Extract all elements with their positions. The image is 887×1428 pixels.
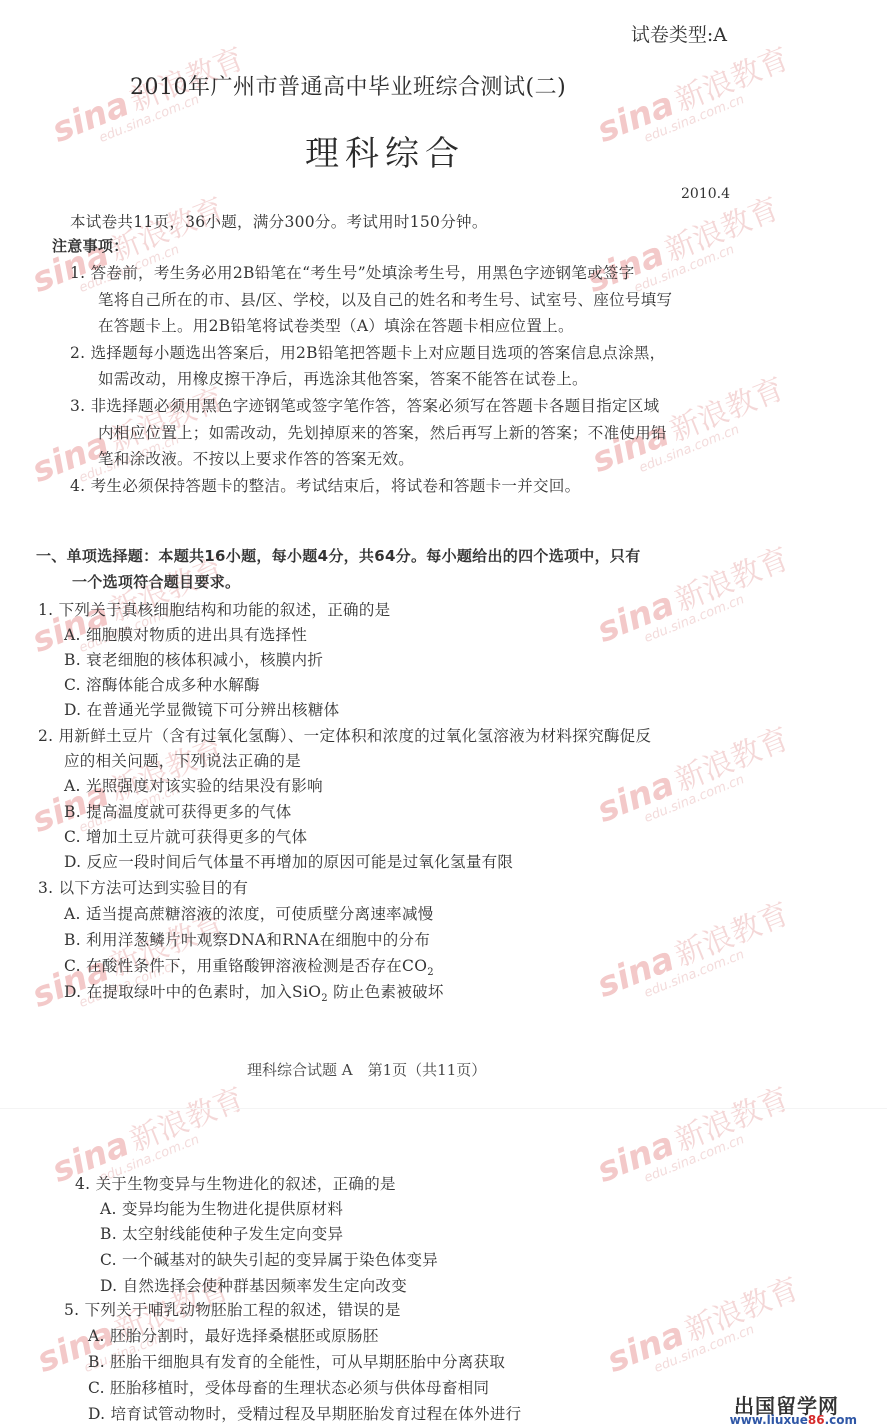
question-stem-cont: 应的相关问题，下列说法正确的是 (64, 749, 301, 771)
question-option: B. 提高温度就可获得更多的气体 (64, 800, 292, 822)
question-option: D. 在普通光学显微镜下可分辨出核糖体 (64, 698, 339, 720)
question-option: B. 太空射线能使种子发生定向变异 (100, 1222, 343, 1244)
question-stem: 2. 用新鲜土豆片（含有过氧化氢酶）、一定体积和浓度的过氧化氢溶液为材料探究酶促… (38, 724, 651, 746)
question-option: D. 在提取绿叶中的色素时，加入SiO2 防止色素被破坏 (64, 980, 444, 1004)
site-logo-url[interactable]: www.liuxue86.com (730, 1413, 857, 1427)
note-line: 2. 选择题每小题选出答案后，用2B铅笔把答题卡上对应题目选项的答案信息点涂黑， (70, 341, 665, 363)
question-option: A. 胚胎分割时，最好选择桑椹胚或原肠胚 (88, 1324, 379, 1346)
watermark: sina新浪教育edu.sina.com.cn (590, 889, 799, 1016)
question-stem: 5. 下列关于哺乳动物胚胎工程的叙述，错误的是 (64, 1298, 401, 1320)
page-footer: 理科综合试题 A 第1页（共11页） (247, 1059, 486, 1080)
subject-title: 理科综合 (305, 126, 465, 175)
watermark: sina新浪教育edu.sina.com.cn (600, 1264, 809, 1391)
note-line: 在答题卡上。用2B铅笔将试卷类型（A）填涂在答题卡相应位置上。 (98, 314, 574, 336)
note-line: 3. 非选择题必须用黑色字迹钢笔或签字笔作答，答案必须写在答题卡各题目指定区域 (70, 394, 659, 416)
question-stem: 1. 下列关于真核细胞结构和功能的叙述，正确的是 (38, 598, 390, 620)
note-line: 如需改动，用橡皮擦干净后，再选涂其他答案，答案不能答在试卷上。 (98, 367, 588, 389)
note-line: 1. 答卷前，考生务必用2B铅笔在“考生号”处填涂考生号，用黑色字迹钢笔或签字 (70, 261, 635, 283)
question-option: C. 一个碱基对的缺失引起的变异属于染色体变异 (100, 1248, 438, 1270)
question-stem: 4. 关于生物变异与生物进化的叙述，正确的是 (75, 1172, 396, 1194)
section-heading: 一、单项选择题：本题共16小题，每小题4分，共64分。每小题给出的四个选项中，只… (36, 545, 641, 566)
watermark: sina新浪教育edu.sina.com.cn (590, 34, 799, 161)
watermark: sina新浪教育edu.sina.com.cn (590, 1074, 799, 1201)
question-option: B. 利用洋葱鳞片叶观察DNA和RNA在细胞中的分布 (64, 928, 430, 950)
question-option: A. 变异均能为生物进化提供原材料 (100, 1197, 343, 1219)
question-option: B. 衰老细胞的核体积减小，核膜内折 (64, 648, 323, 670)
note-line: 内相应位置上；如需改动，先划掉原来的答案，然后再写上新的答案；不准使用铅 (98, 421, 667, 443)
question-option: D. 自然选择会使种群基因频率发生定向改变 (100, 1274, 407, 1296)
question-option: B. 胚胎干细胞具有发育的全能性，可从早期胚胎中分离获取 (88, 1350, 505, 1372)
notes-heading: 注意事项： (52, 235, 129, 256)
question-option: A. 适当提高蔗糖溶液的浓度，可使质壁分离速率减慢 (64, 902, 434, 924)
note-line: 4. 考生必须保持答题卡的整洁。考试结束后，将试卷和答题卡一并交回。 (70, 474, 580, 496)
question-option: D. 培育试管动物时，受精过程及早期胚胎发育过程在体外进行 (88, 1402, 521, 1424)
exam-date: 2010.4 (681, 186, 730, 202)
question-option: D. 反应一段时间后气体量不再增加的原因可能是过氧化氢量有限 (64, 850, 513, 872)
section-heading-cont: 一个选项符合题目要求。 (72, 571, 240, 592)
exam-title: 2010年广州市普通高中毕业班综合测试(二) (130, 70, 566, 101)
page-divider (0, 1108, 887, 1109)
exam-intro: 本试卷共11页，36小题，满分300分。考试用时150分钟。 (70, 210, 488, 232)
question-option: C. 增加土豆片就可获得更多的气体 (64, 825, 307, 847)
question-option: A. 光照强度对该实验的结果没有影响 (64, 774, 323, 796)
note-line: 笔将自己所在的市、县/区、学校，以及自己的姓名和考生号、试室号、座位号填写 (98, 288, 672, 310)
paper-type-label: 试卷类型:A (631, 20, 727, 47)
question-stem: 3. 以下方法可达到实验目的有 (38, 876, 248, 898)
question-option: C. 胚胎移植时，受体母畜的生理状态必须与供体母畜相同 (88, 1376, 489, 1398)
question-option: A. 细胞膜对物质的进出具有选择性 (64, 623, 307, 645)
note-line: 笔和涂改液。不按以上要求作答的答案无效。 (98, 447, 414, 469)
question-option: C. 在酸性条件下，用重铬酸钾溶液检测是否存在CO2 (64, 954, 434, 978)
question-option: C. 溶酶体能合成多种水解酶 (64, 673, 260, 695)
